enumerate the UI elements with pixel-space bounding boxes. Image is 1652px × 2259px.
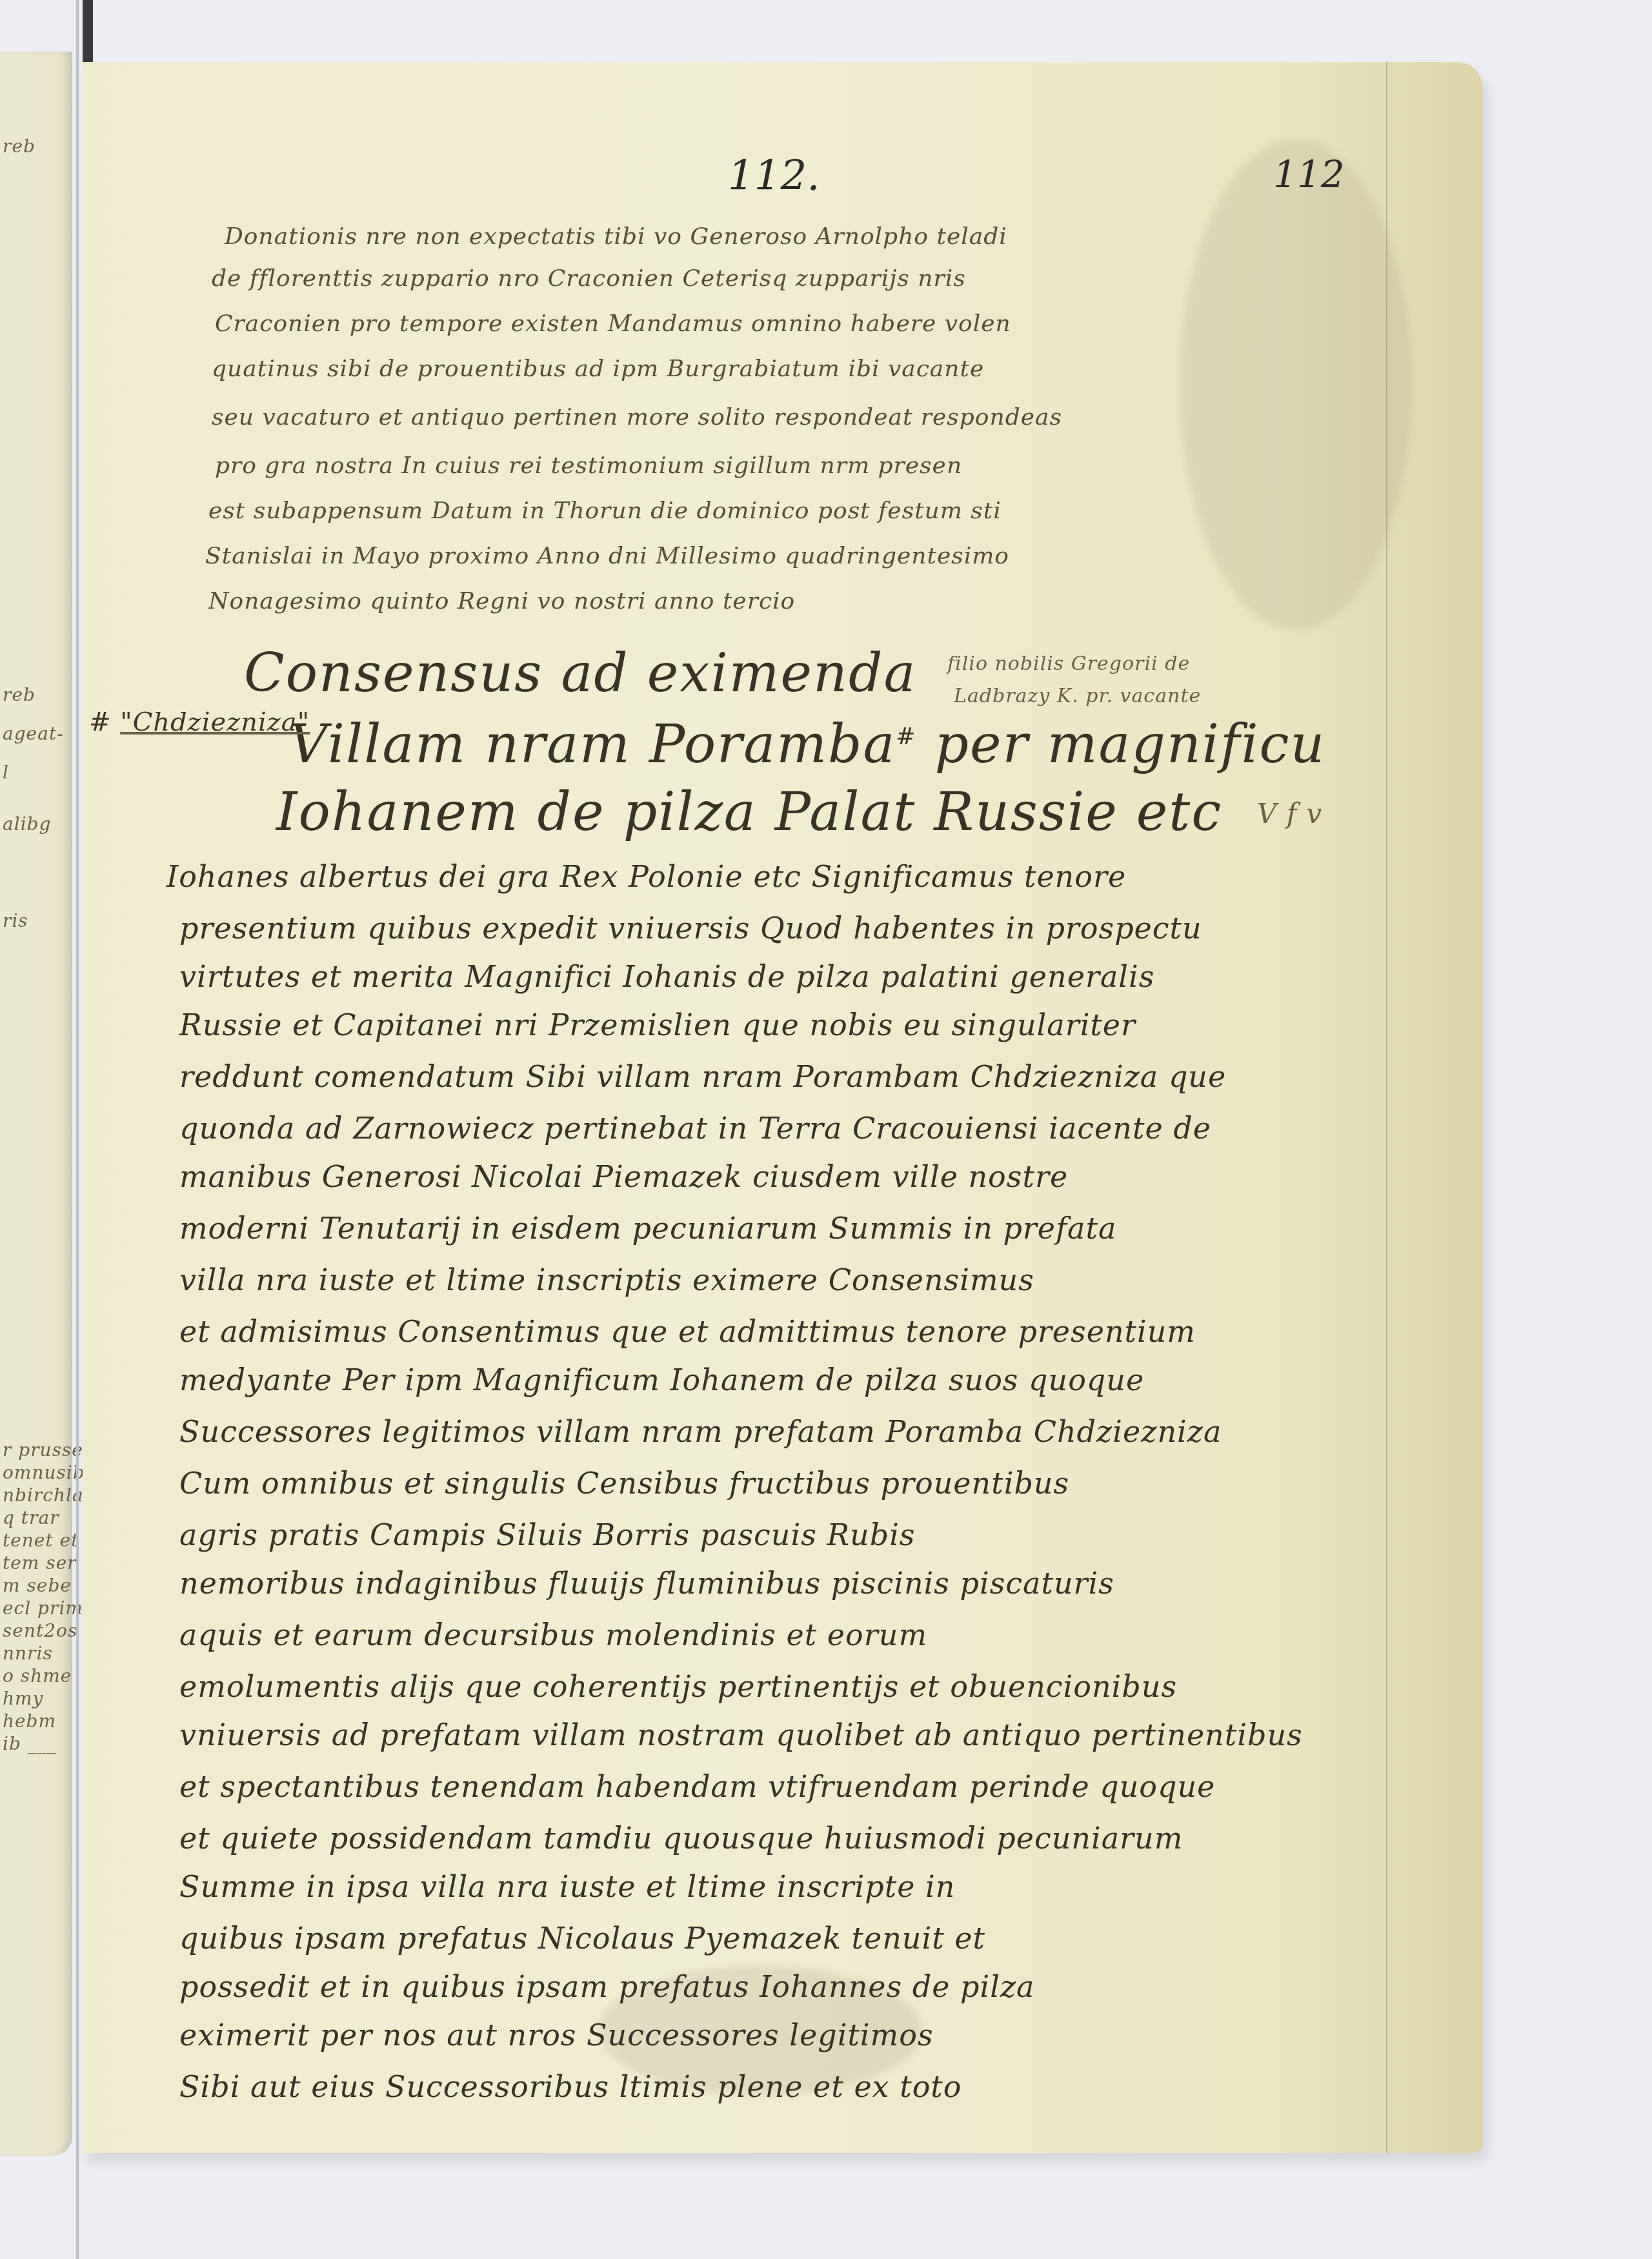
text-line: de fflorenttis zuppario nro Craconien Ce… bbox=[212, 265, 966, 292]
left-page-fragment: l bbox=[3, 762, 9, 783]
left-page-fragment: reb bbox=[3, 684, 35, 705]
text-line: agris pratis Campis Siluis Borris pascui… bbox=[179, 1517, 915, 1552]
margin-note-right: V f v bbox=[1257, 798, 1322, 829]
folio-number-center: 112. bbox=[728, 152, 820, 200]
margin-note-text: "Chdziezniza" bbox=[120, 707, 310, 737]
text-line: et quiete possidendam tamdiu quousque hu… bbox=[179, 1821, 1183, 1856]
folio-number-right: 112 bbox=[1273, 152, 1345, 196]
text-line: Nonagesimo quinto Regni vo nostri anno t… bbox=[208, 588, 795, 614]
text-line: Donationis nre non expectatis tibi vo Ge… bbox=[225, 223, 1007, 250]
text-line: quonda ad Zarnowiecz pertinebat in Terra… bbox=[179, 1111, 1211, 1146]
text-line: villa nra iuste et ltime inscriptis exim… bbox=[179, 1262, 1034, 1297]
text-line: Summe in ipsa villa nra iuste et ltime i… bbox=[179, 1869, 955, 1904]
water-stain bbox=[1180, 139, 1412, 630]
text-line: vniuersis ad prefatam villam nostram quo… bbox=[179, 1717, 1303, 1752]
text-line: Cum omnibus et singulis Censibus fructib… bbox=[179, 1466, 1069, 1501]
text-line: Iohanes albertus dei gra Rex Polonie etc… bbox=[166, 859, 1126, 894]
text-line: quibus ipsam prefatus Nicolaus Pyemazek … bbox=[179, 1921, 985, 1956]
text-line: medyante Per ipm Magnificum Iohanem de p… bbox=[179, 1362, 1144, 1397]
left-page-fragment: ris bbox=[3, 910, 28, 931]
text-line: pro gra nostra In cuius rei testimonium … bbox=[215, 452, 962, 479]
left-page-fragment: tenet et bbox=[3, 1530, 79, 1551]
left-page-fragment: o shme bbox=[3, 1665, 72, 1687]
left-page-fragment: tem ser bbox=[3, 1552, 77, 1574]
insertion-mark: # bbox=[896, 724, 916, 750]
text-line: seu vacaturo et antiquo pertinen more so… bbox=[212, 404, 1062, 431]
left-page-fragment: alibg bbox=[3, 813, 51, 835]
text-line: aquis et earum decursibus molendinis et … bbox=[179, 1617, 927, 1652]
text-line: Successores legitimos villam nram prefat… bbox=[179, 1414, 1222, 1449]
manuscript-page: 112. 112 Donationis nre non expectatis t… bbox=[83, 62, 1483, 2153]
book-gutter bbox=[76, 0, 79, 2259]
left-page-fragment: m sebe bbox=[3, 1575, 72, 1596]
rubric-line-1: Consensus ad eximenda bbox=[244, 643, 916, 704]
text-line: Craconien pro tempore existen Mandamus o… bbox=[215, 310, 1011, 337]
text-line: emolumentis alijs que coherentijs pertin… bbox=[179, 1669, 1177, 1704]
rubric-line-2: Villam nram Poramba# per magnificu bbox=[289, 714, 1325, 775]
text-line: presentium quibus expedit vniuersis Quod… bbox=[179, 911, 1202, 946]
text-line: et spectantibus tenendam habendam vtifru… bbox=[179, 1769, 1215, 1804]
insertion-mark: # bbox=[89, 707, 112, 737]
left-page-fragment: nbirchla bbox=[3, 1484, 84, 1506]
rubric-side-note: filio nobilis Gregorii de bbox=[947, 653, 1190, 675]
text-line: nemoribus indaginibus fluuijs fluminibus… bbox=[179, 1566, 1114, 1601]
text-line: eximerit per nos aut nros Successores le… bbox=[179, 2018, 934, 2052]
left-page-fragment: r prusse bbox=[3, 1439, 83, 1461]
gutter-shadow bbox=[83, 0, 93, 65]
left-page-fragment: omnusib bbox=[3, 1462, 85, 1483]
text-line: Sibi aut eius Successoribus ltimis plene… bbox=[179, 2069, 962, 2104]
text-line: virtutes et merita Magnifici Iohanis de … bbox=[179, 959, 1154, 994]
text-line: et admisimus Consentimus que et admittim… bbox=[179, 1314, 1196, 1349]
left-page-fragment: q trar bbox=[3, 1507, 59, 1528]
text-line: Stanislai in Mayo proximo Anno dni Mille… bbox=[205, 543, 1009, 569]
left-page-fragment: ageat- bbox=[3, 723, 64, 744]
left-page-fragment: reb bbox=[3, 136, 35, 157]
rubric-text: per magnificu bbox=[935, 714, 1326, 775]
text-line: moderni Tenutarij in eisdem pecuniarum S… bbox=[179, 1211, 1116, 1246]
left-facing-page: reb reb ageat- l alibg ris r prusse omnu… bbox=[0, 52, 72, 2156]
text-line: reddunt comendatum Sibi villam nram Pora… bbox=[179, 1059, 1226, 1094]
left-page-fragment: nnris bbox=[3, 1643, 53, 1664]
text-line: possedit et in quibus ipsam prefatus Ioh… bbox=[179, 1969, 1035, 2004]
rubric-line-3: Iohanem de pilza Palat Russie etc bbox=[276, 782, 1222, 843]
margin-note-left: # "Chdziezniza" bbox=[89, 707, 310, 737]
left-page-fragment: hmy bbox=[3, 1688, 43, 1709]
left-page-fragment: ib ___ bbox=[3, 1733, 57, 1754]
rubric-side-note: Ladbrazy K. pr. vacante bbox=[954, 685, 1201, 707]
text-line: manibus Generosi Nicolai Piemazek ciusde… bbox=[179, 1159, 1068, 1194]
rubric-text: Villam nram Poramba bbox=[289, 714, 896, 775]
text-line: quatinus sibi de prouentibus ad ipm Burg… bbox=[212, 356, 984, 382]
left-page-fragment: hebm bbox=[3, 1710, 56, 1732]
left-page-fragment: ecl prime bbox=[3, 1597, 95, 1619]
text-line: est subappensum Datum in Thorun die domi… bbox=[208, 498, 1002, 524]
text-line: Russie et Capitanei nri Przemislien que … bbox=[179, 1008, 1136, 1042]
left-page-fragment: sent2os bbox=[3, 1620, 77, 1641]
